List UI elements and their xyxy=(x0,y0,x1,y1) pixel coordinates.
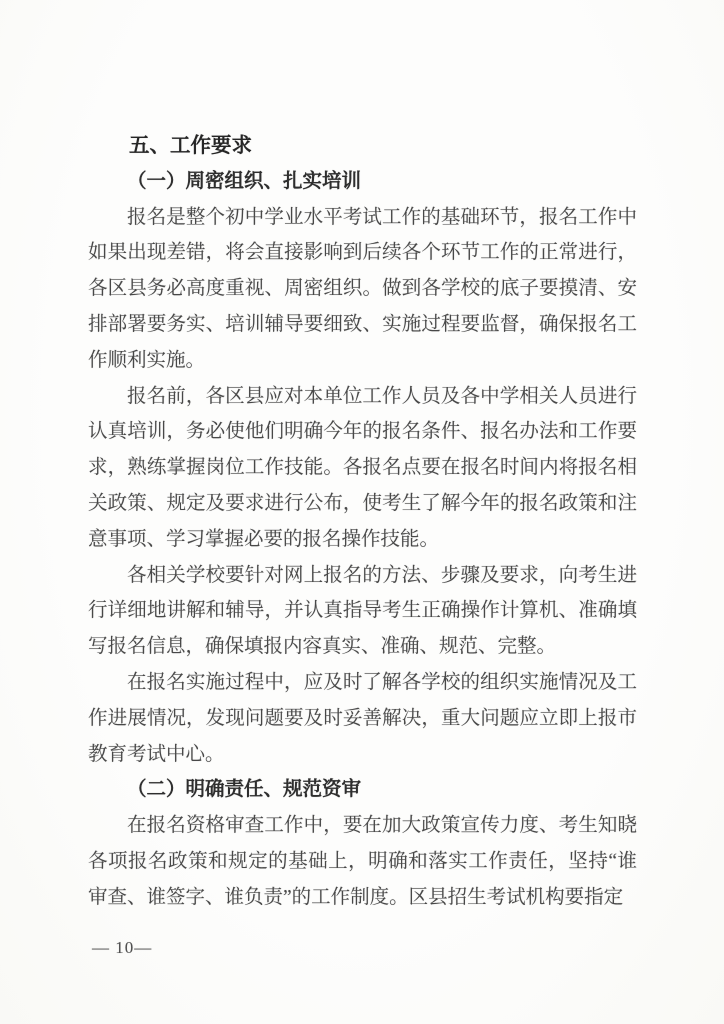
paragraph: 各相关学校要针对网上报名的方法、步骤及要求，向考生进行详细地讲解和辅导，并认真指… xyxy=(88,558,637,665)
page-number: — 10— xyxy=(92,936,152,960)
scanned-document-page: 五、工作要求 （一）周密组织、扎实培训 报名是整个初中学业水平考试工作的基础环节… xyxy=(0,0,724,1024)
document-body: 五、工作要求 （一）周密组织、扎实培训 报名是整个初中学业水平考试工作的基础环节… xyxy=(88,128,637,916)
paragraph: 报名前，各区县应对本单位工作人员及各中学相关人员进行认真培训，务必使他们明确今年… xyxy=(88,379,637,558)
section-heading: 五、工作要求 xyxy=(88,128,637,164)
subsection-title-2: （二）明确责任、规范资审 xyxy=(88,772,637,808)
paragraph: 报名是整个初中学业水平考试工作的基础环节，报名工作中如果出现差错，将会直接影响到… xyxy=(88,200,637,379)
paragraph: 在报名实施过程中，应及时了解各学校的组织实施情况及工作进展情况，发现问题要及时妥… xyxy=(88,665,637,772)
paragraph: 在报名资格审查工作中，要在加大政策宣传力度、考生知晓各项报名政策和规定的基础上，… xyxy=(88,808,637,915)
subsection-title-1: （一）周密组织、扎实培训 xyxy=(88,164,637,200)
